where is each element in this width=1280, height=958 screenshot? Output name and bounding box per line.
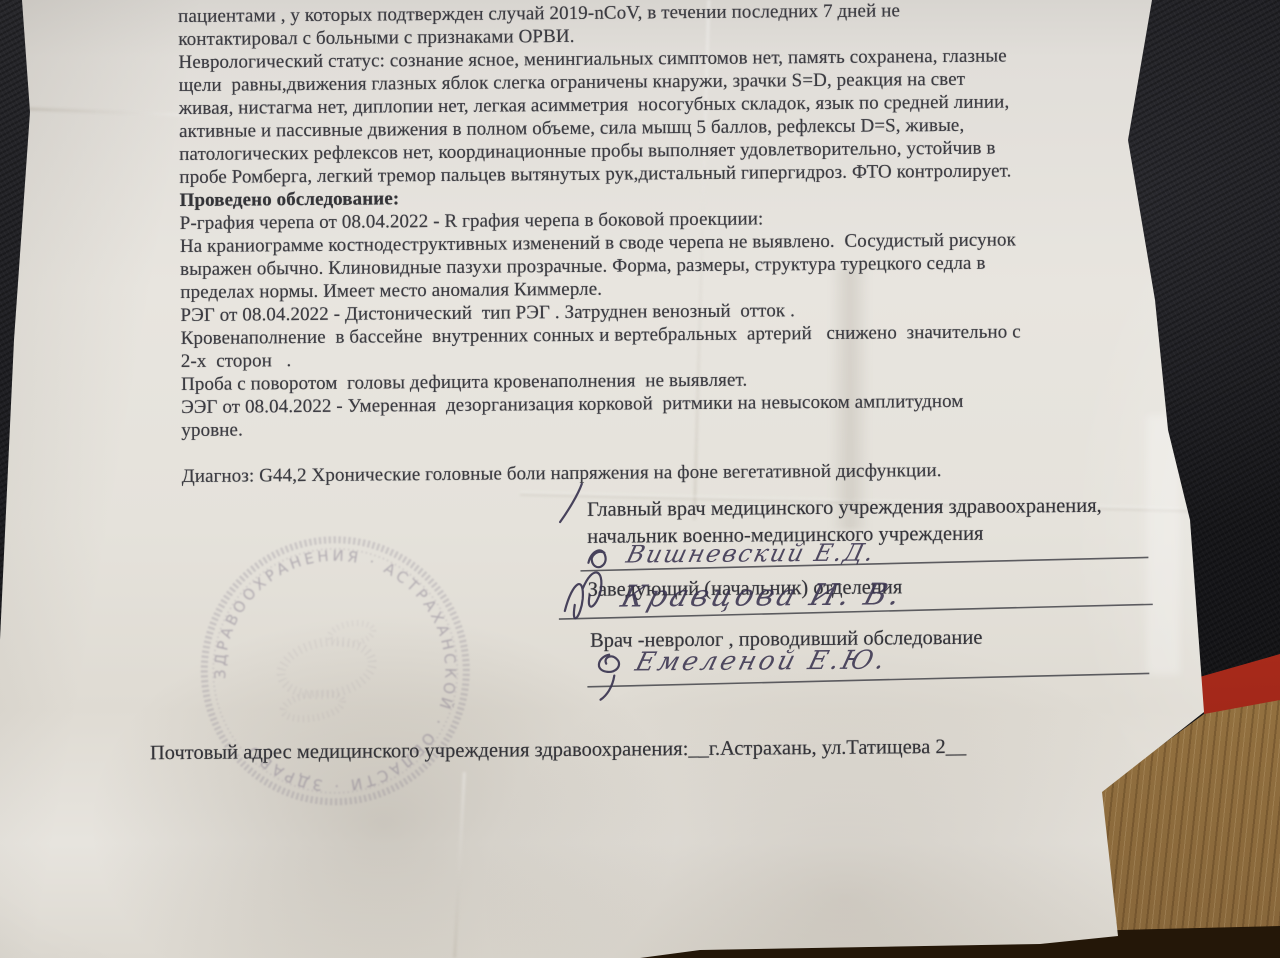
head-physician-title-line1: Главный врач медицинского учреждения здр… [587,493,1102,524]
neurologist-signature: Емеленой Е.Ю. [583,624,1163,691]
department-head-signature: Кравцова И. В. [552,562,1162,629]
stamp-center-marks [271,620,386,723]
stamp-inner-ring [195,530,476,811]
department-head-signature-text: Кравцова И. В. [616,578,907,615]
photo-scene: пациентами , у которых подтвержден случа… [0,0,1280,958]
document-paper: пациентами , у которых подтвержден случа… [0,0,1280,958]
document-content: пациентами , у которых подтвержден случа… [0,0,1280,958]
stamp-ring-text: ЗДРАВООХРАНЕНИЯ · АСТРАХАНСКОЙ · ОБЛАСТИ… [193,528,478,814]
document-body: пациентами , у которых подтвержден случа… [178,0,1022,488]
neurologist-signature-text: Емеленой Е.Ю. [631,645,891,678]
stamp-outer-ring [185,520,486,821]
round-stamp: ЗДРАВООХРАНЕНИЯ · АСТРАХАНСКОЙ · ОБЛАСТИ… [186,536,488,818]
